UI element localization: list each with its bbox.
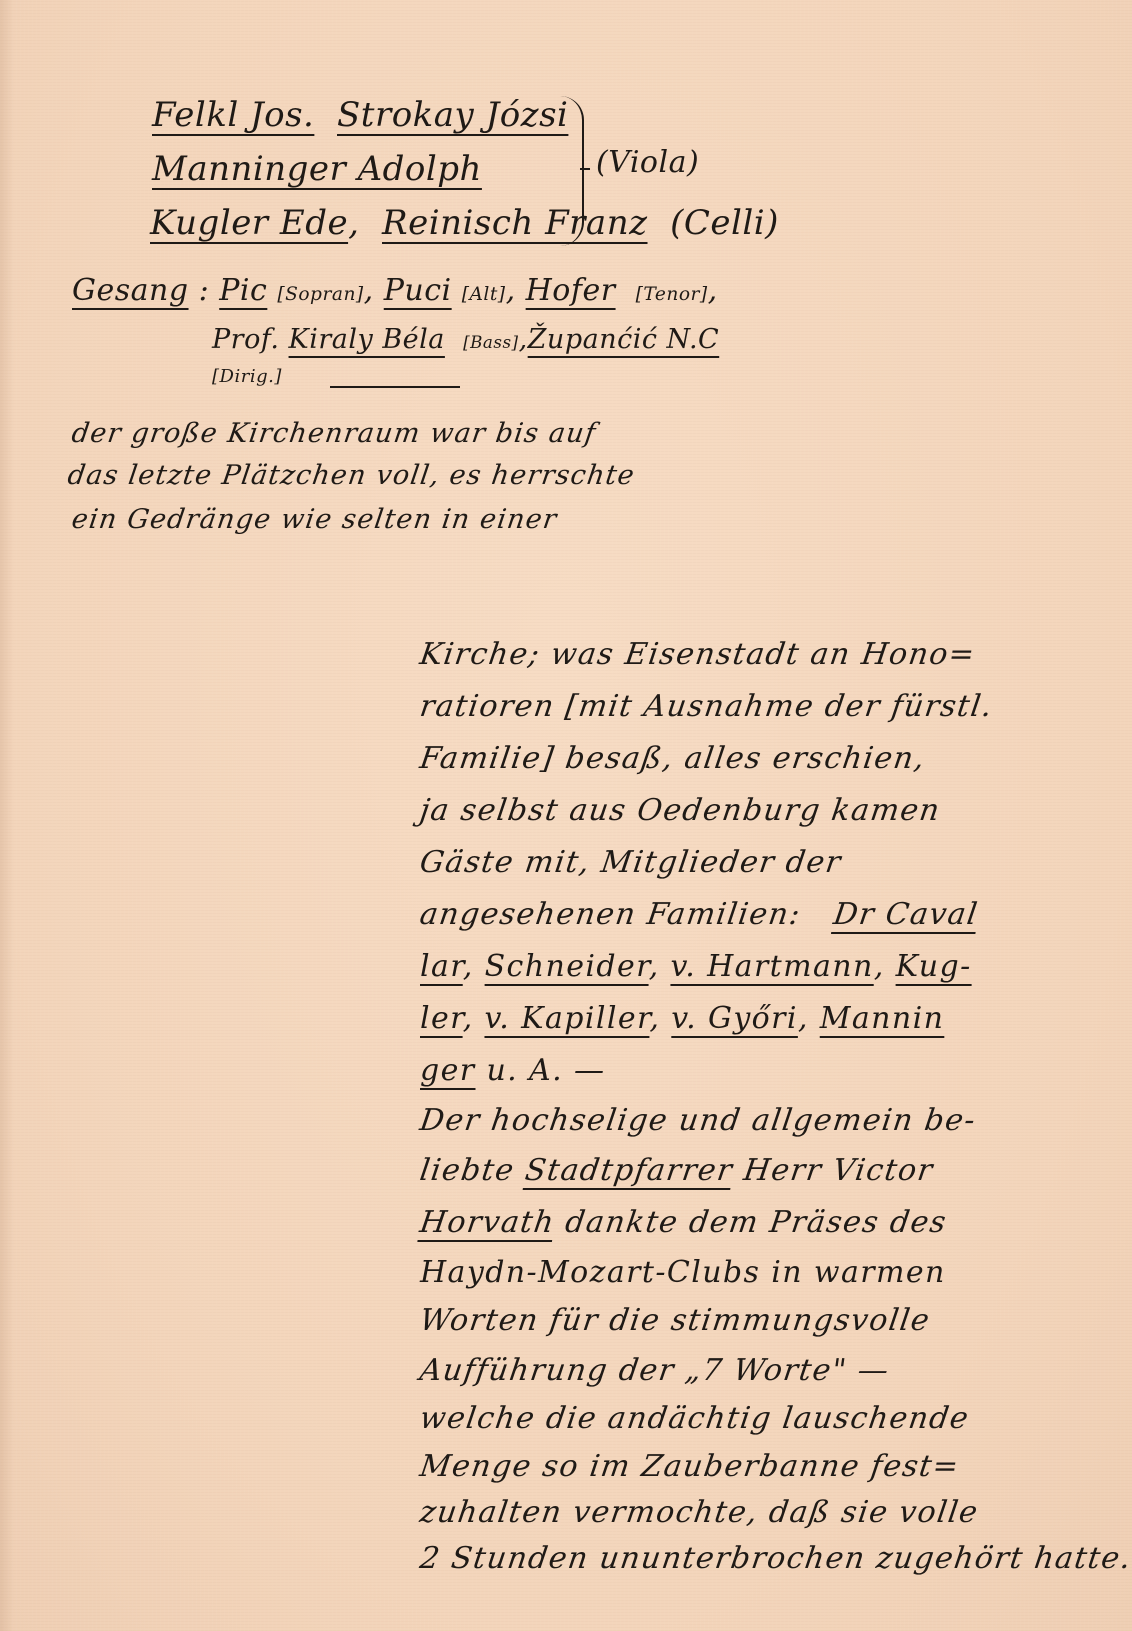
separator: , — [348, 203, 359, 243]
roster-name-reinisch: Reinisch Franz — [382, 203, 648, 243]
curly-brace-tip — [580, 168, 590, 170]
paragraph2-line-7: Der hochselige und allgemein be- — [418, 1106, 978, 1136]
name-kugler-end: ler — [420, 1001, 463, 1036]
paragraph2-names-1: lar, Schneider, v. Hartmann, Kug- — [420, 952, 972, 982]
gesang-row-1: Gesang : Pic [Sopran], Puci [Alt], Hofer… — [72, 276, 718, 306]
dankte-text: dankte dem Präses des — [563, 1205, 949, 1240]
role-bass: [Bass] — [463, 332, 519, 352]
paragraph2-line-12: Aufführung der „7 Worte" — — [418, 1356, 892, 1386]
herr-victor: Herr Victor — [741, 1153, 935, 1188]
name-cavallar-start: Dr Caval — [831, 897, 980, 932]
roster-name-felkl: Felkl Jos. — [152, 95, 314, 135]
roster-line-2: Manninger Adolph — [152, 152, 482, 186]
conductor-zupancic: Županćić N.C — [528, 324, 720, 355]
name-hartmann: v. Hartmann — [670, 949, 873, 984]
paragraph2-line-3: Familie] besaß, alles erschien, — [418, 744, 927, 774]
role-sopran: [Sopran] — [277, 284, 363, 305]
role-dirig: [Dirig.] — [212, 366, 282, 387]
gesang-row-3: [Dirig.] — [212, 368, 282, 386]
horvath-name: Horvath — [418, 1205, 557, 1240]
paragraph2-line-1: Kirche; was Eisenstadt an Hono= — [418, 640, 978, 670]
paragraph1-line-1: der große Kirchenraum war bis auf — [70, 420, 598, 447]
name-manninger-end: ger — [420, 1053, 476, 1088]
decorative-underline — [330, 386, 460, 388]
paragraph2-line-4: ja selbst aus Oedenburg kamen — [418, 796, 942, 826]
role-tenor: [Tenor] — [636, 284, 708, 305]
paragraph2-line-14: Menge so im Zauberbanne fest= — [418, 1452, 961, 1482]
prof-prefix: Prof. — [212, 324, 279, 355]
paragraph2-line-11: Worten für die stimmungsvolle — [418, 1306, 932, 1336]
role-alt: [Alt] — [462, 284, 506, 305]
gesang-heading: Gesang — [72, 273, 189, 308]
name-manninger-start: Mannin — [820, 1001, 945, 1036]
paragraph2-line-8: liebte Stadtpfarrer Herr Victor — [418, 1156, 936, 1186]
paragraph2-line-13: welche die andächtig lauschende — [418, 1404, 971, 1434]
roster-line-3: Kugler Ede, Reinisch Franz (Celli) — [150, 206, 779, 240]
paragraph2-line-10: Haydn-Mozart-Clubs in warmen — [420, 1258, 946, 1288]
gesang-colon: : — [199, 273, 210, 308]
singer-puci: Puci — [384, 273, 452, 308]
paragraph1-line-3: ein Gedränge wie selten in einer — [70, 506, 559, 533]
name-cavallar-end: lar — [420, 949, 463, 984]
paragraph2-line-2: ratioren [mit Ausnahme der fürstl. — [418, 692, 995, 722]
paragraph2-line-5: Gäste mit, Mitglieder der — [418, 848, 844, 878]
roster-name-strokay: Strokay Józsi — [337, 95, 568, 135]
singer-pic: Pic — [219, 273, 267, 308]
paragraph1-line-2: das letzte Plätzchen voll, es herrschte — [66, 462, 637, 489]
roster-name-manninger: Manninger Adolph — [152, 149, 482, 189]
paragraph2-line-15: zuhalten vermochte, daß sie volle — [418, 1498, 980, 1528]
name-kugler-start: Kug- — [896, 949, 972, 984]
families-label: angesehenen Familien: — [418, 897, 804, 932]
paragraph2-names-3: ger u. A. — — [420, 1056, 605, 1086]
stadtpfarrer-word: Stadtpfarrer — [523, 1153, 735, 1188]
singer-kiraly: Kiraly Béla — [289, 324, 445, 355]
singer-hofer: Hofer — [526, 273, 616, 308]
celli-label: (Celli) — [670, 203, 779, 243]
gesang-row-2: Prof. Kiraly Béla [Bass],Županćić N.C — [212, 326, 719, 353]
name-kapiller: v. Kapiller — [484, 1001, 649, 1036]
beliebte-word: liebte — [418, 1153, 517, 1188]
paragraph2-names-2: ler, v. Kapiller, v. Győri, Mannin — [420, 1004, 944, 1034]
paragraph2-line-9: Horvath dankte dem Präses des — [418, 1208, 949, 1238]
viola-label: (Viola) — [596, 148, 699, 178]
roster-line-1: Felkl Jos. Strokay Józsi — [152, 98, 568, 132]
paragraph2-line-16: 2 Stunden ununterbrochen zugehört hatte.… — [418, 1544, 1132, 1574]
roster-name-kugler: Kugler Ede — [150, 203, 348, 243]
name-schneider: Schneider — [485, 949, 649, 984]
and-others: u. A. — — [486, 1053, 605, 1088]
name-gyori: v. Győri — [671, 1001, 798, 1036]
paragraph2-line-6: angesehenen Familien: Dr Caval — [418, 900, 980, 930]
